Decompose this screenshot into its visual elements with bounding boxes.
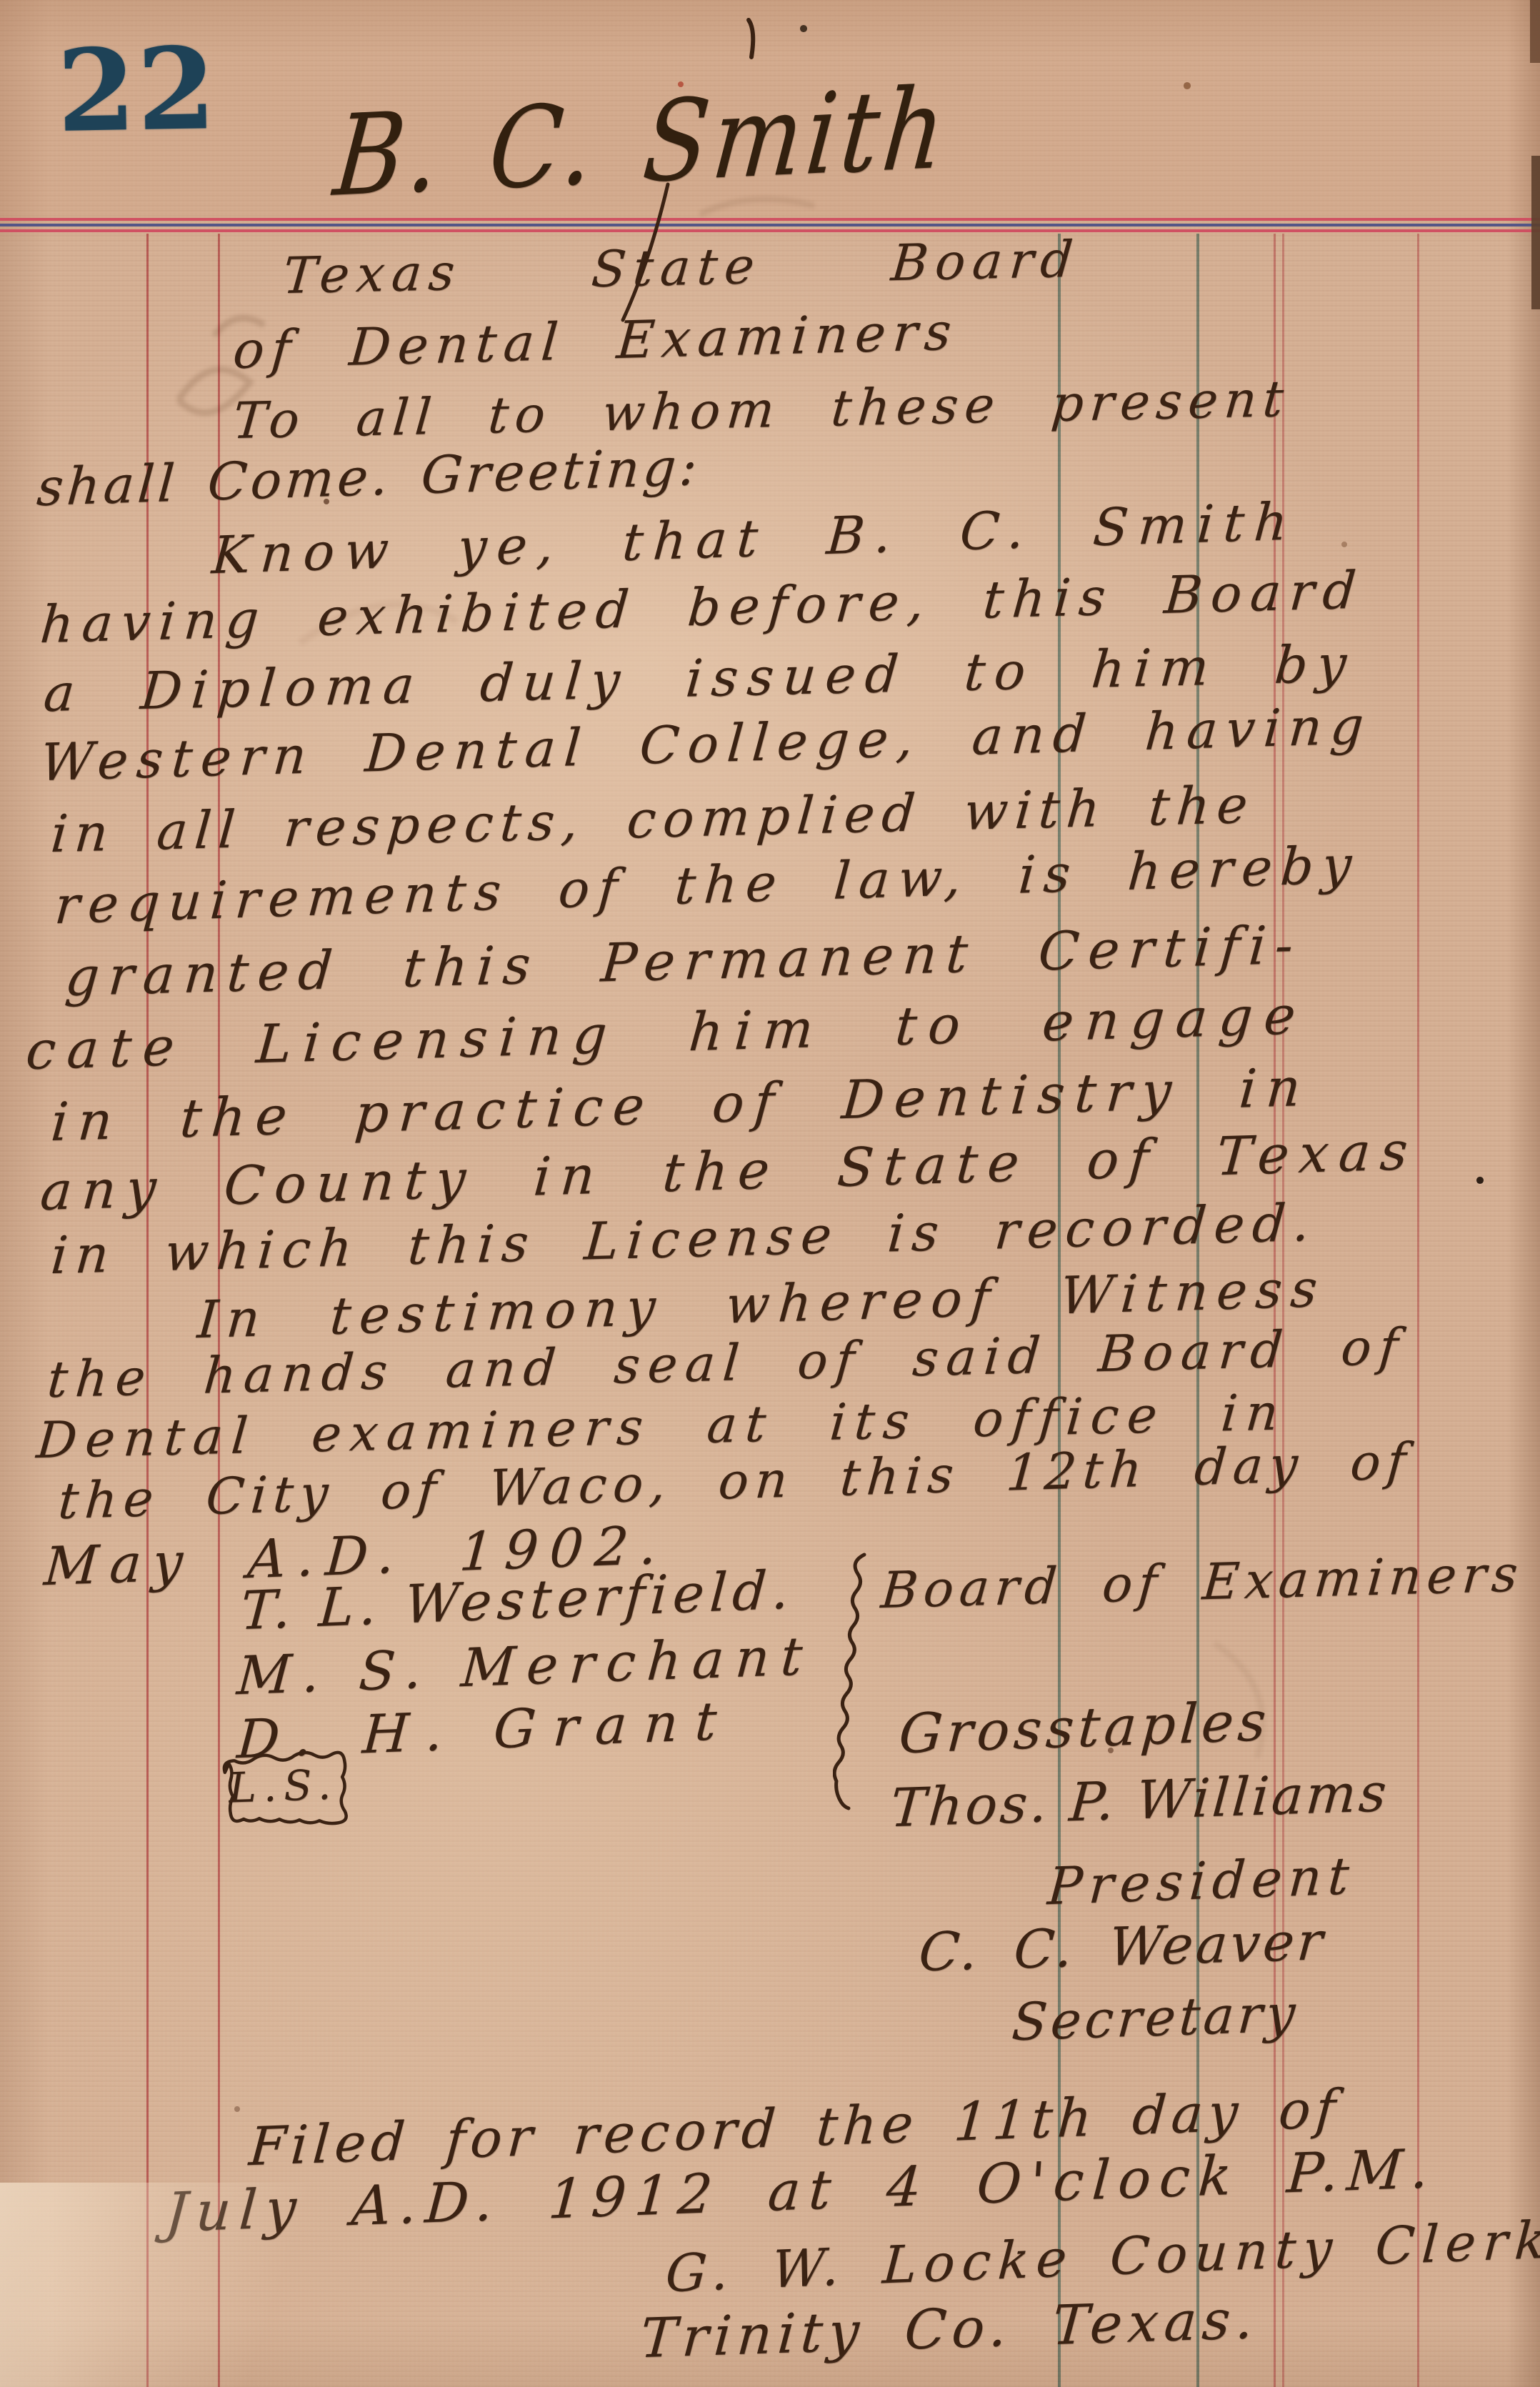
ledger-page: 22 B. C. Smith Texas State Board of Dent… — [0, 0, 1540, 2387]
ink-flourish-marks — [0, 0, 1540, 357]
ruled-line-red-left-1 — [146, 234, 149, 2387]
paper-flecks — [0, 0, 3, 3]
seal-initials: L.S. — [213, 1760, 353, 1813]
signature-c-c-weaver: C. C. Weaver — [916, 1910, 1327, 1983]
paper-crease — [0, 2183, 457, 2387]
title-secretary: Secretary — [1010, 1983, 1301, 2052]
title-president: President — [1046, 1845, 1357, 1916]
binding-edge-top — [1530, 0, 1540, 63]
signature-brace — [833, 1550, 870, 1868]
signature-grosstaples: Grosstaples — [897, 1689, 1273, 1765]
ruled-line-red-right-2 — [1417, 234, 1419, 2387]
binding-edge-upper — [1531, 156, 1540, 309]
seal-box: L.S. — [213, 1748, 354, 1843]
